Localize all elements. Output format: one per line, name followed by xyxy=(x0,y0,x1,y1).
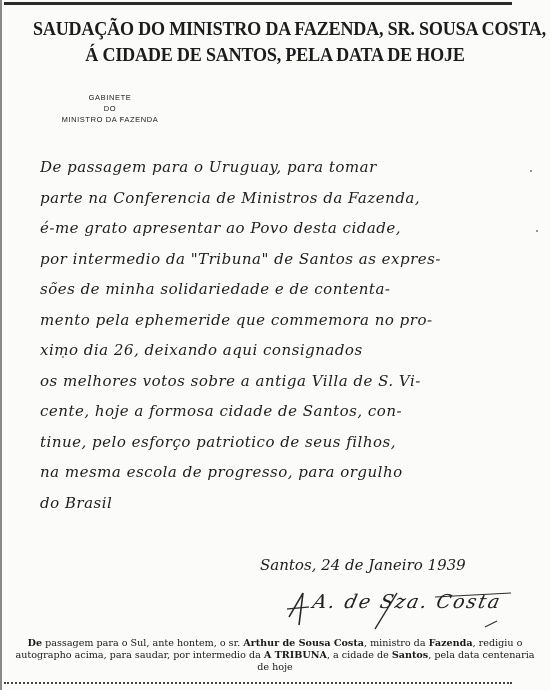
letter-line: ximo dia 26, deixando aqui consignados xyxy=(40,335,530,366)
newspaper-clipping: SAUDAÇÃO DO MINISTRO DA FAZENDA, SR. SOU… xyxy=(0,0,550,690)
letter-line: é-me grato apresentar ao Povo desta cida… xyxy=(40,213,530,244)
letterhead-line-2: DO xyxy=(40,103,180,114)
photo-caption: De passagem para o Sul, ante hontem, o s… xyxy=(10,638,540,674)
letter-line: os melhores votos sobre a antiga Villa d… xyxy=(40,366,530,397)
bottom-rule-divider xyxy=(4,682,512,684)
headline-line-1: SAUDAÇÃO DO MINISTRO DA FAZENDA, SR. SOU… xyxy=(33,16,517,42)
letterhead: GABINETE DO MINISTRO DA FAZENDA xyxy=(40,92,180,125)
letter-date-line: Santos, 24 de Janeiro 1939 xyxy=(260,556,520,574)
caption-person-name: Arthur de Sousa Costa xyxy=(243,638,364,649)
letter-line: mento pela ephemeride que commemora no p… xyxy=(40,305,530,336)
letter-line: tinue, pelo esforço patriotico de seus f… xyxy=(40,427,530,458)
scan-speck xyxy=(278,378,280,380)
letter-line: por intermedio da "Tribuna" de Santos as… xyxy=(40,244,530,275)
page-edge xyxy=(0,0,2,690)
caption-text-2: , ministro da xyxy=(364,638,429,649)
scan-speck xyxy=(62,356,64,358)
scan-speck xyxy=(530,170,532,172)
scan-speck xyxy=(120,118,122,120)
caption-text-4: , a cidade de xyxy=(327,650,392,661)
letterhead-line-1: GABINETE xyxy=(40,92,180,103)
headline: SAUDAÇÃO DO MINISTRO DA FAZENDA, SR. SOU… xyxy=(33,16,517,68)
top-rule-divider xyxy=(4,2,512,5)
letter-line: do Brasil xyxy=(40,488,530,519)
caption-text-1: passagem para o Sul, ante hontem, o sr. xyxy=(45,638,243,649)
handwritten-letter: De passagem para o Uruguay, para tomar p… xyxy=(40,152,530,518)
caption-newspaper: A TRIBUNA xyxy=(264,650,327,661)
headline-line-2: Á CIDADE DE SANTOS, PELA DATA DE HOJE xyxy=(33,42,517,68)
signature: A. de Sza. Costa xyxy=(285,587,515,631)
caption-ministry: Fazenda xyxy=(429,638,473,649)
letter-line: cente, hoje a formosa cidade de Santos, … xyxy=(40,396,530,427)
letterhead-line-3: MINISTRO DA FAZENDA xyxy=(40,114,180,125)
letter-line: parte na Conferencia de Ministros da Faz… xyxy=(40,183,530,214)
letter-line: De passagem para o Uruguay, para tomar xyxy=(40,152,530,183)
caption-city: Santos xyxy=(392,650,428,661)
caption-lead: De xyxy=(28,638,42,649)
letter-line: na mesma escola de progresso, para orgul… xyxy=(40,457,530,488)
letter-line: sões de minha solidariedade e de content… xyxy=(40,274,530,305)
scan-speck xyxy=(536,230,538,232)
signature-text: A. de Sza. Costa xyxy=(311,591,504,613)
